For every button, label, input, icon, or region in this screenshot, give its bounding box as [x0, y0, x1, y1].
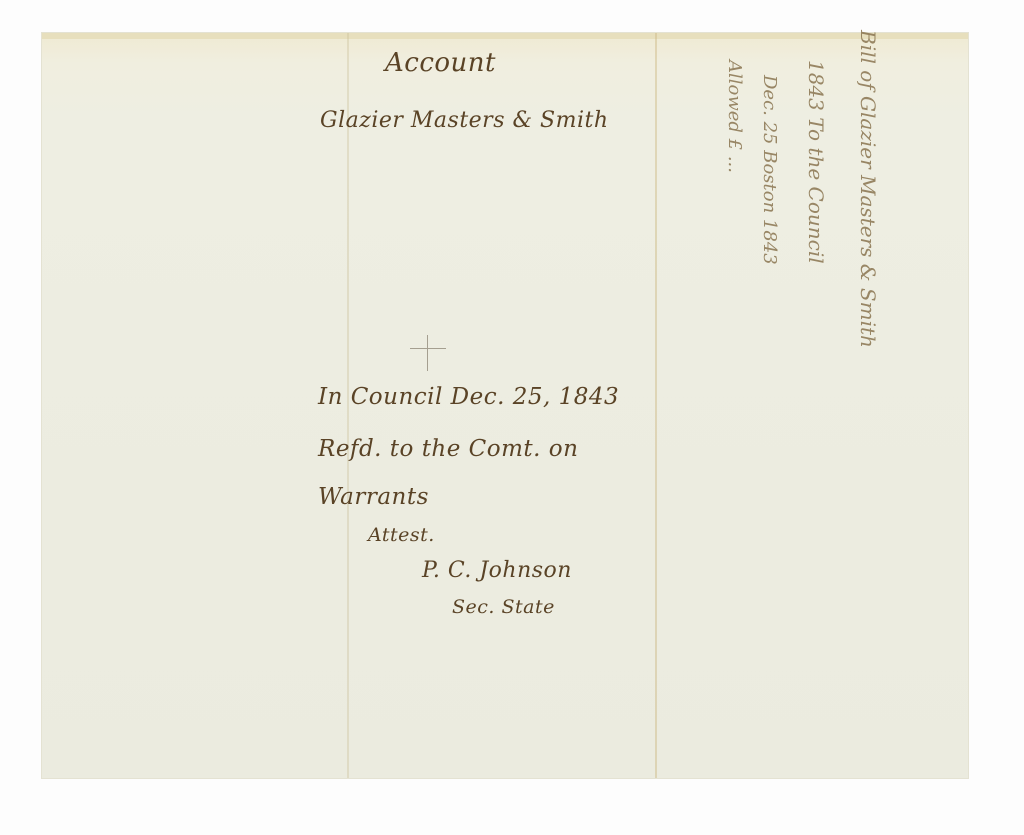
endorsement-line: Refd. to the Comt. on [318, 436, 578, 462]
endorsement-line: Attest. [368, 524, 435, 546]
pencil-cross-mark [410, 335, 446, 371]
rotated-docket-line: Bill of Glazier Masters & Smith [856, 30, 880, 348]
account-title: Account [385, 48, 496, 78]
endorsement-line: In Council Dec. 25, 1843 [318, 384, 619, 410]
account-party: Glazier Masters & Smith [320, 108, 609, 133]
fold-line-right [655, 33, 657, 778]
endorsement-line: Warrants [318, 484, 429, 510]
signature: P. C. Johnson [422, 558, 572, 583]
rotated-docket-line: 1843 To the Council [804, 60, 828, 264]
rotated-docket-line: Dec. 25 Boston 1843 [759, 75, 780, 265]
signature-title: Sec. State [452, 596, 555, 618]
rotated-docket-line: Allowed £ ... [724, 60, 745, 173]
